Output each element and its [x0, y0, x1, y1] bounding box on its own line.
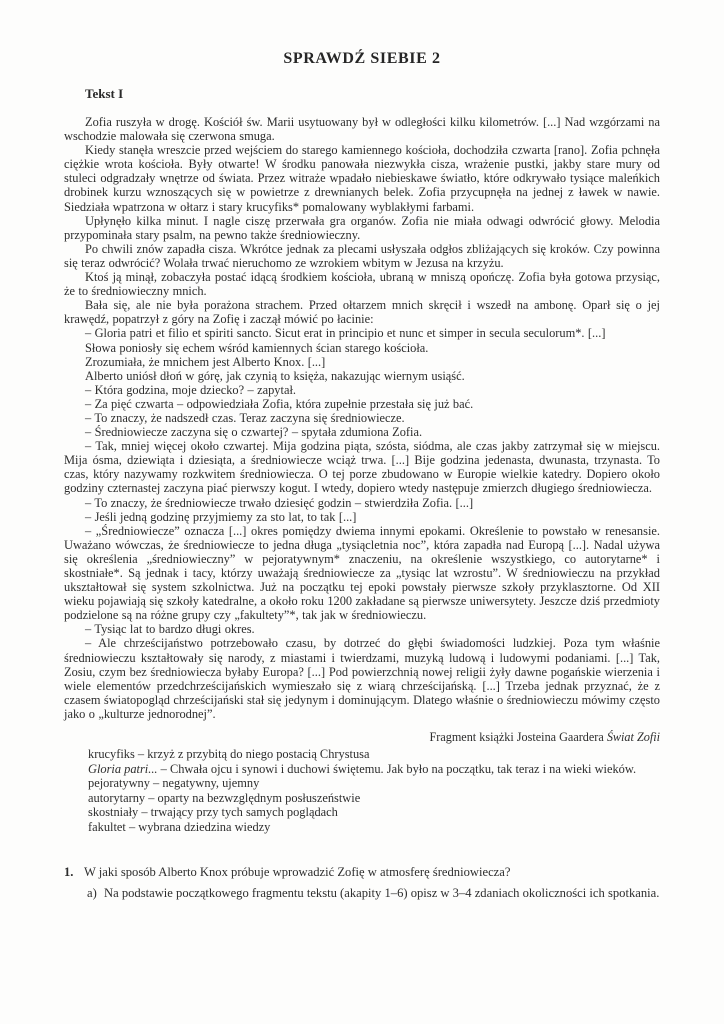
glossary-entry: fakultet – wybrana dziedzina wiedzy	[88, 820, 660, 835]
glossary-term: Gloria patri...	[88, 762, 158, 776]
page-title: SPRAWDŹ SIEBIE 2	[64, 50, 660, 68]
paragraph: – To znaczy, że nadszedł czas. Teraz zac…	[64, 411, 660, 425]
question-text: W jaki sposób Alberto Knox próbuje wprow…	[84, 865, 510, 880]
paragraph: – Gloria patri et filio et spiriti sanct…	[64, 326, 660, 340]
paragraph: – Tysiąc lat to bardzo długi okres.	[64, 622, 660, 636]
glossary-term: pejoratywny	[88, 776, 150, 790]
glossary-entry: autorytarny – oparty na bezwzględnym pos…	[88, 791, 660, 806]
glossary-definition: – Chwała ojcu i synowi i duchowi świętem…	[161, 762, 636, 776]
text-body: Zofia ruszyła w drogę. Kościół św. Marii…	[64, 115, 660, 721]
source-attribution: Fragment książki Josteina Gaardera Świat…	[64, 730, 660, 744]
paragraph: Po chwili znów zapadła cisza. Wkrótce je…	[64, 242, 660, 270]
glossary-term: fakultet	[88, 820, 126, 834]
glossary-definition: – negatywny, ujemny	[153, 776, 259, 790]
text-section-heading: Tekst I	[85, 86, 660, 102]
glossary: krucyfiks – krzyż z przybitą do niego po…	[88, 747, 660, 835]
paragraph: – Która godzina, moje dziecko? – zapytał…	[64, 383, 660, 397]
document-page: SPRAWDŹ SIEBIE 2 Tekst I Zofia ruszyła w…	[0, 0, 724, 1024]
glossary-definition: – oparty na bezwzględnym posłuszeństwie	[148, 791, 360, 805]
glossary-definition: – trwający przy tych samych poglądach	[141, 805, 337, 819]
paragraph: – Średniowiecze zaczyna się o czwartej? …	[64, 425, 660, 439]
glossary-term: krucyfiks	[88, 747, 135, 761]
glossary-entry: Gloria patri... – Chwała ojcu i synowi i…	[88, 762, 660, 777]
glossary-definition: – wybrana dziedzina wiedzy	[129, 820, 270, 834]
question-1: 1. W jaki sposób Alberto Knox próbuje wp…	[64, 865, 660, 880]
paragraph: – „Średniowiecze” oznacza [...] okres po…	[64, 524, 660, 623]
glossary-term: autorytarny	[88, 791, 145, 805]
questions: 1. W jaki sposób Alberto Knox próbuje wp…	[64, 865, 660, 902]
question-1a: a) Na podstawie początkowego fragmentu t…	[87, 886, 660, 902]
glossary-definition: – krzyż z przybitą do niego postacią Chr…	[138, 747, 370, 761]
paragraph: – To znaczy, że średniowiecze trwało dzi…	[64, 496, 660, 510]
work-title: Świat Zofii	[607, 730, 660, 744]
paragraph: Kiedy stanęła wreszcie przed wejściem do…	[64, 143, 660, 213]
attribution-prefix: Fragment książki Josteina Gaardera	[429, 730, 606, 744]
subquestion-label: a)	[87, 886, 104, 902]
paragraph: Alberto uniósł dłoń w górę, jak czynią t…	[64, 369, 660, 383]
glossary-term: skostniały	[88, 805, 138, 819]
paragraph: – Ale chrześcijaństwo potrzebowało czasu…	[64, 636, 660, 721]
glossary-entry: skostniały – trwający przy tych samych p…	[88, 805, 660, 820]
paragraph: Bała się, ale nie była porażona strachem…	[64, 298, 660, 326]
paragraph: Zrozumiała, że mnichem jest Alberto Knox…	[64, 355, 660, 369]
paragraph: – Za pięć czwarta – odpowiedziała Zofia,…	[64, 397, 660, 411]
paragraph: Zofia ruszyła w drogę. Kościół św. Marii…	[64, 115, 660, 143]
paragraph: Słowa poniosły się echem wśród kamiennyc…	[64, 341, 660, 355]
subquestion-text: Na podstawie początkowego fragmentu teks…	[104, 886, 659, 902]
glossary-entry: krucyfiks – krzyż z przybitą do niego po…	[88, 747, 660, 762]
paragraph: – Tak, mniej więcej około czwartej. Mija…	[64, 439, 660, 495]
glossary-entry: pejoratywny – negatywny, ujemny	[88, 776, 660, 791]
paragraph: Ktoś ją minął, zobaczyła postać idącą śr…	[64, 270, 660, 298]
paragraph: – Jeśli jedną godzinę przyjmiemy za sto …	[64, 510, 660, 524]
question-number: 1.	[64, 865, 84, 880]
paragraph: Upłynęło kilka minut. I nagle ciszę prze…	[64, 214, 660, 242]
